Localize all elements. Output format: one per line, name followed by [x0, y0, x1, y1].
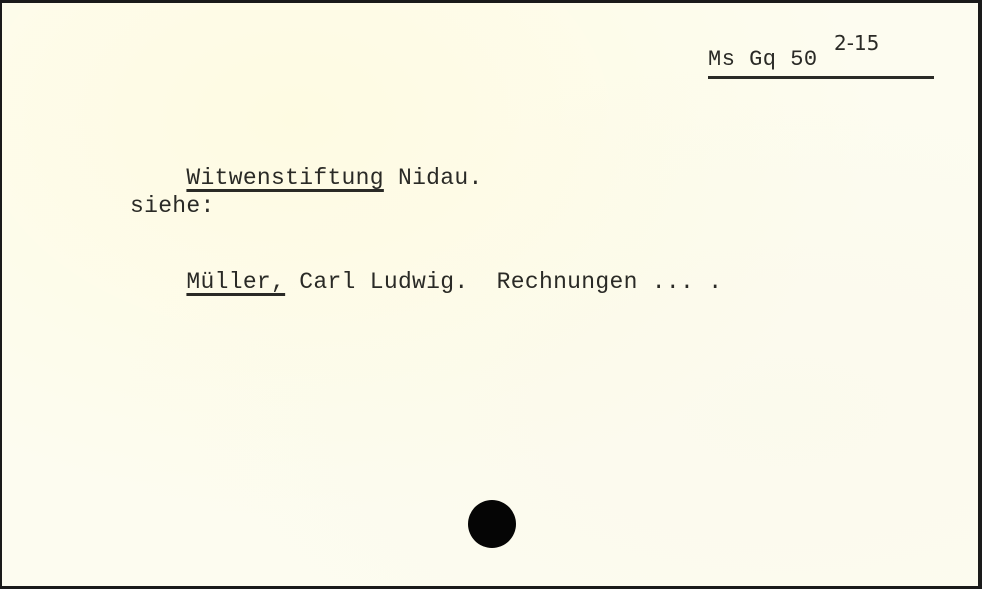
- shelfmark-superscript: 2-15: [834, 31, 879, 55]
- cross-reference: Müller, Carl Ludwig. Rechnungen ... .: [130, 243, 722, 321]
- punch-hole: [468, 500, 516, 548]
- reference-rest: Carl Ludwig. Rechnungen ... .: [285, 269, 722, 295]
- see-label: siehe:: [130, 193, 215, 219]
- heading-underlined: Witwenstiftung: [186, 165, 383, 191]
- heading-rest: Nidau.: [384, 165, 483, 191]
- reference-author: Müller,: [186, 269, 285, 295]
- catalog-card: Ms Gq 50 2-15 Witwenstiftung Nidau. sieh…: [2, 3, 978, 586]
- shelfmark: Ms Gq 50 2-15: [708, 31, 934, 79]
- shelfmark-base: Ms Gq 50: [708, 47, 818, 72]
